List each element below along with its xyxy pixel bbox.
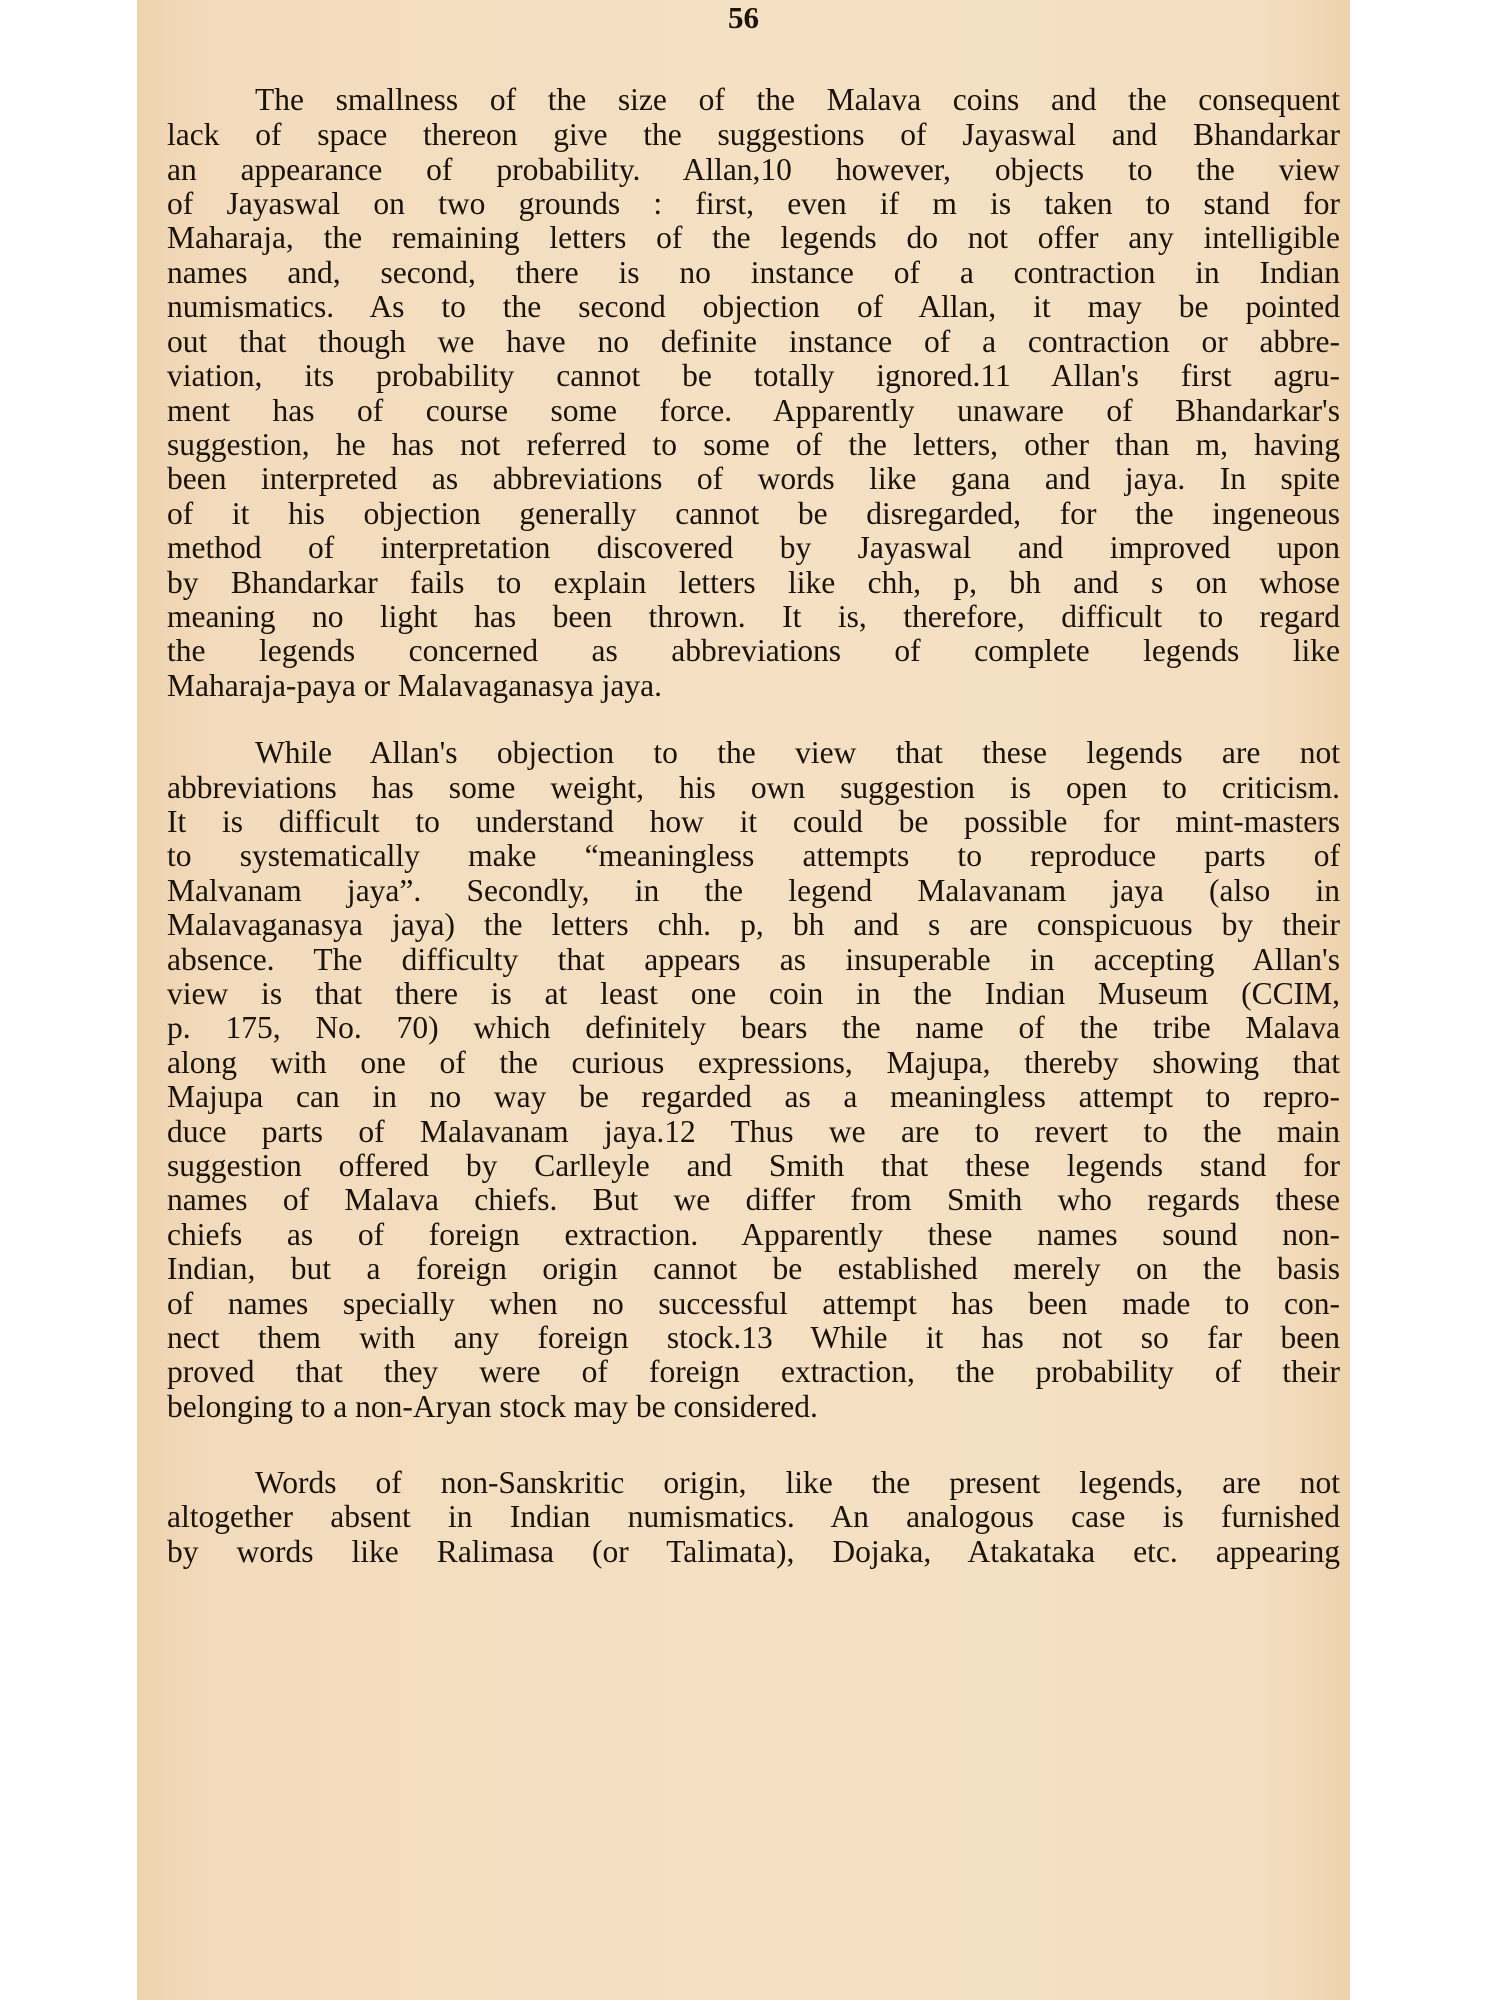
text-line: belonging to a non-Aryan stock may be co…	[167, 1385, 1340, 1429]
text-line: Maharaja-paya or Malavaganasya jaya.	[167, 664, 1340, 708]
text-line: by words like Ralimasa (or Talimata), Do…	[167, 1530, 1340, 1574]
scanned-book-page: 56 The smallness of the size of the Mala…	[137, 0, 1350, 2000]
page-number: 56	[137, 0, 1350, 36]
